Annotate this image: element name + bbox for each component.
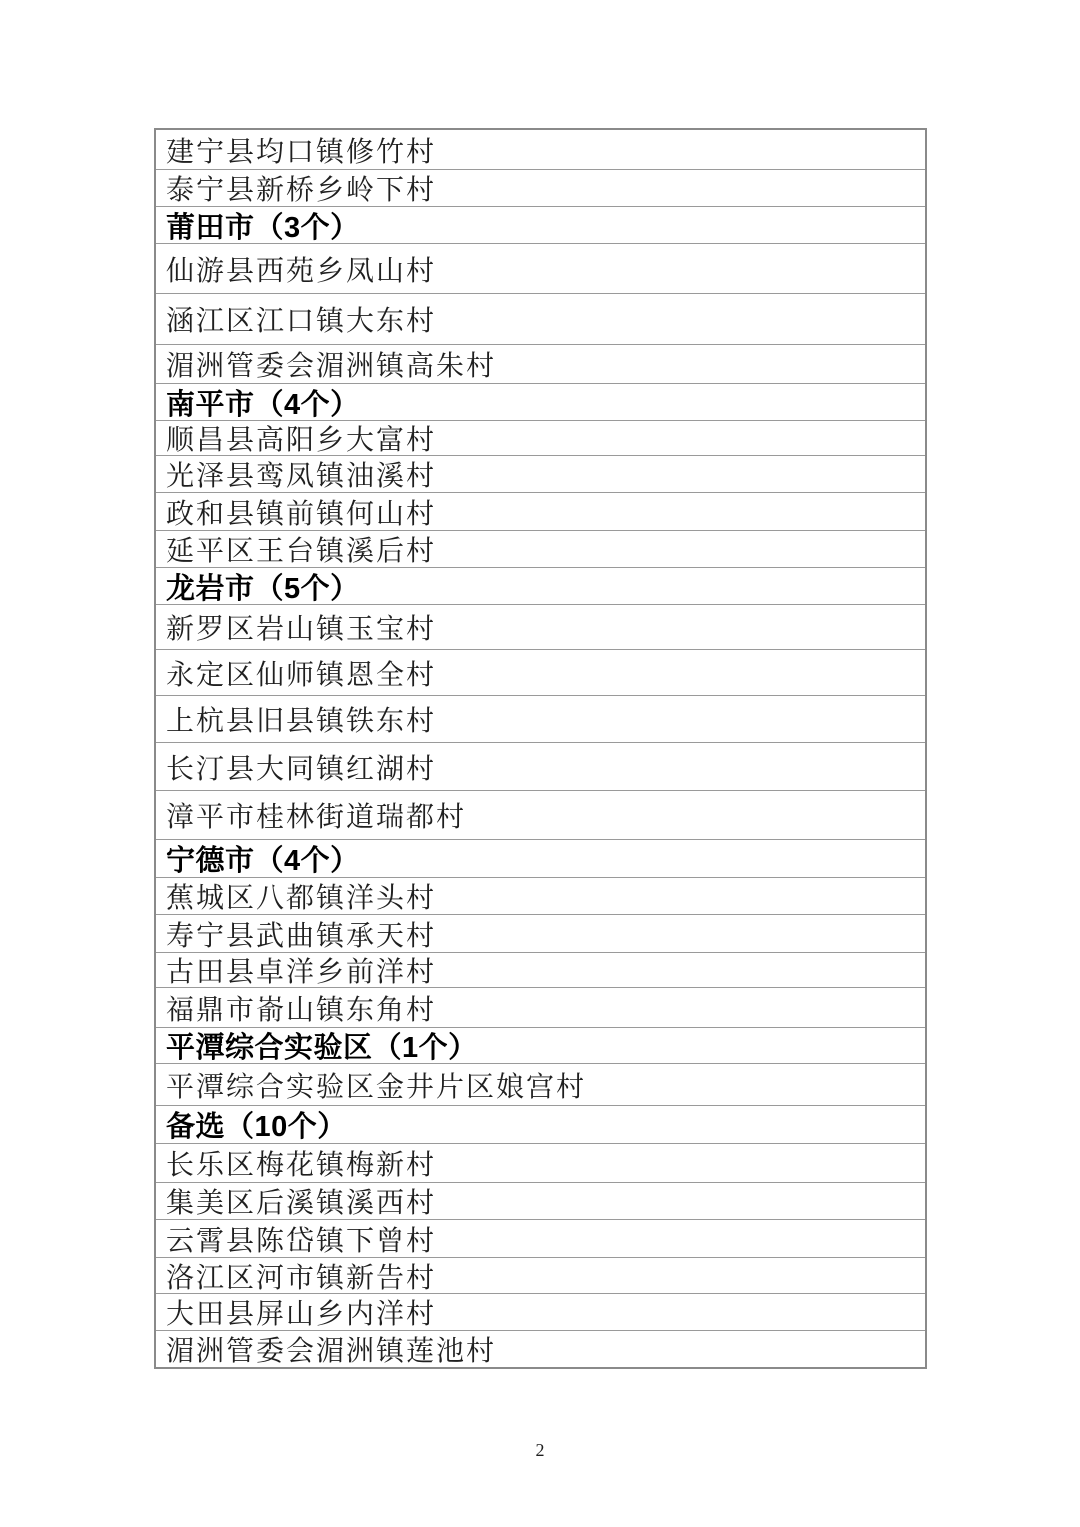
page-number: 2 xyxy=(0,1440,1080,1461)
village-row: 大田县屏山乡内洋村 xyxy=(156,1293,925,1330)
section-header-row: 宁德市（4个） xyxy=(156,839,925,877)
village-row: 光泽县鸾凤镇油溪村 xyxy=(156,455,925,492)
village-row: 集美区后溪镇溪西村 xyxy=(156,1182,925,1219)
village-row: 政和县镇前镇何山村 xyxy=(156,492,925,530)
section-header-row: 龙岩市（5个） xyxy=(156,567,925,604)
section-header-row: 平潭综合实验区（1个） xyxy=(156,1027,925,1063)
village-row: 蕉城区八都镇洋头村 xyxy=(156,877,925,914)
village-row: 顺昌县高阳乡大富村 xyxy=(156,420,925,455)
village-row: 古田县卓洋乡前洋村 xyxy=(156,952,925,987)
document-page: 建宁县均口镇修竹村泰宁县新桥乡岭下村莆田市（3个）仙游县西苑乡凤山村涵江区江口镇… xyxy=(0,0,1080,1527)
village-row: 新罗区岩山镇玉宝村 xyxy=(156,604,925,649)
village-row: 漳平市桂林街道瑞都村 xyxy=(156,790,925,839)
village-row: 延平区王台镇溪后村 xyxy=(156,530,925,567)
village-row: 福鼎市嵛山镇东角村 xyxy=(156,987,925,1027)
village-row: 湄洲管委会湄洲镇莲池村 xyxy=(156,1330,925,1367)
section-header-row: 备选（10个） xyxy=(156,1105,925,1143)
village-row: 平潭综合实验区金井片区娘宫村 xyxy=(156,1063,925,1105)
village-row: 泰宁县新桥乡岭下村 xyxy=(156,169,925,206)
section-header-row: 莆田市（3个） xyxy=(156,206,925,243)
village-row: 仙游县西苑乡凤山村 xyxy=(156,243,925,293)
village-row: 长汀县大同镇红湖村 xyxy=(156,742,925,790)
village-row: 湄洲管委会湄洲镇高朱村 xyxy=(156,344,925,383)
village-row: 长乐区梅花镇梅新村 xyxy=(156,1143,925,1182)
village-row: 寿宁县武曲镇承天村 xyxy=(156,914,925,952)
village-row: 永定区仙师镇恩全村 xyxy=(156,649,925,695)
village-row: 云霄县陈岱镇下曾村 xyxy=(156,1219,925,1257)
village-row: 上杭县旧县镇铁东村 xyxy=(156,695,925,742)
section-header-row: 南平市（4个） xyxy=(156,383,925,420)
village-list-table: 建宁县均口镇修竹村泰宁县新桥乡岭下村莆田市（3个）仙游县西苑乡凤山村涵江区江口镇… xyxy=(154,128,927,1369)
village-row: 建宁县均口镇修竹村 xyxy=(156,130,925,169)
village-row: 涵江区江口镇大东村 xyxy=(156,293,925,344)
village-row: 洛江区河市镇新告村 xyxy=(156,1257,925,1293)
